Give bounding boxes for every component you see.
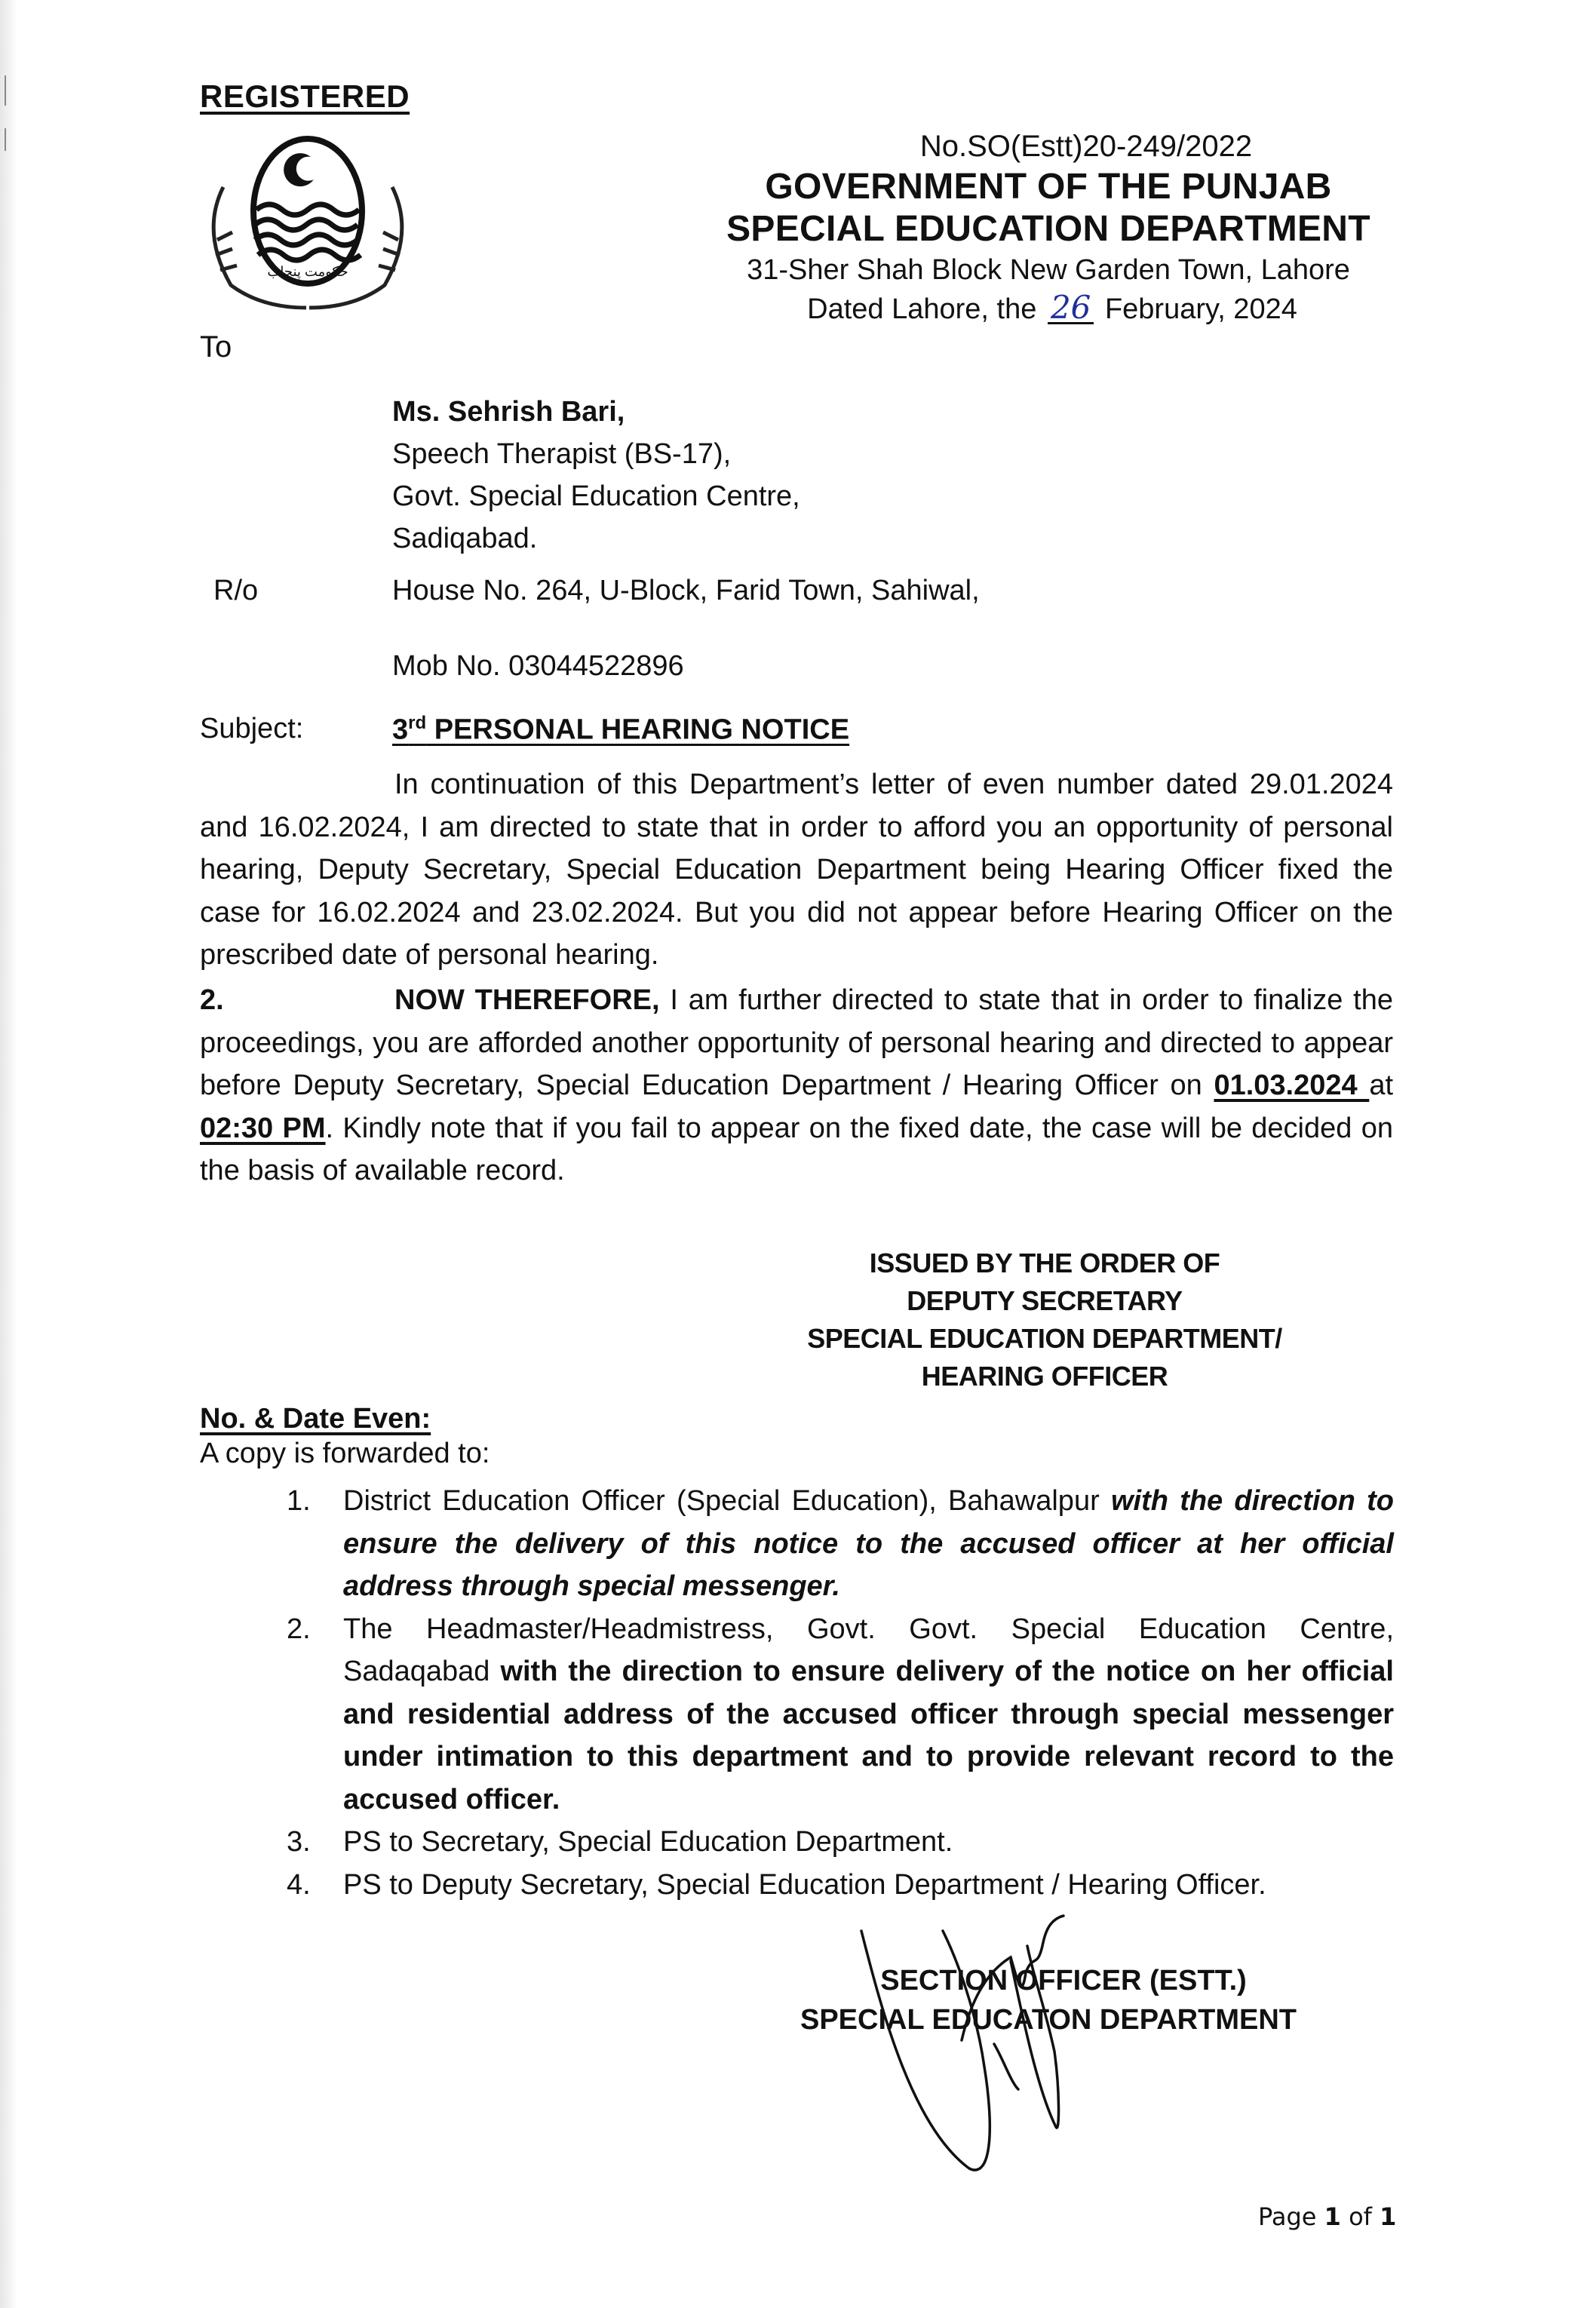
addressee-block: Ms. Sehrish Bari, Speech Therapist (BS-1… [392,391,800,560]
list-plain: PS to Deputy Secretary, Special Educatio… [343,1869,1266,1901]
page-total: 1 [1380,2202,1396,2231]
addressee-designation: Speech Therapist (BS-17), [392,433,800,475]
hearing-time: 02:30 PM [200,1113,326,1144]
registered-label: REGISTERED [200,78,410,115]
paragraph-2: 2.NOW THEREFORE, I am further directed t… [200,979,1393,1192]
subject-ordinal-suffix: rd [408,713,426,733]
page-prefix: Page [1258,2202,1324,2231]
svg-text:★: ★ [284,168,294,181]
page-number: Page 1 of 1 [1258,2202,1396,2231]
list-item: 4. PS to Deputy Secretary, Special Educa… [287,1864,1394,1907]
list-number: 3. [287,1821,343,1864]
addressee-office: Govt. Special Education Centre, [392,475,800,517]
signatory-department: SPECIAL EDUCATON DEPARTMENT [754,2000,1343,2039]
department-address: 31-Sher Shah Block New Garden Town, Laho… [664,250,1433,290]
dated-prefix: Dated Lahore, the [807,293,1036,325]
department-title: SPECIAL EDUCATION DEPARTMENT [664,208,1433,250]
reference-number: No.SO(Estt)20-249/2022 [664,127,1433,166]
mobile-number: Mob No. 03044522896 [392,650,684,683]
paragraph-1: In continuation of this Department’s let… [200,763,1393,977]
at-word: at [1369,1070,1393,1101]
addressee-name: Ms. Sehrish Bari, [392,391,800,433]
list-plain: District Education Officer (Special Educ… [343,1485,1111,1517]
list-text: PS to Deputy Secretary, Special Educatio… [343,1864,1394,1907]
handwritten-day: 26 [1048,293,1094,324]
list-item: 3. PS to Secretary, Special Education De… [287,1821,1394,1864]
copy-list: 1. District Education Officer (Special E… [287,1480,1394,1906]
svg-text:حکومت پنجاب: حکومت پنجاب [267,264,348,280]
addressee-city: Sadiqabad. [392,517,800,560]
list-plain: PS to Secretary, Special Education Depar… [343,1826,953,1858]
list-number: 2. [287,1608,343,1822]
list-text: District Education Officer (Special Educ… [343,1480,1394,1608]
list-text: The Headmaster/Headmistress, Govt. Govt.… [343,1608,1394,1822]
list-number: 1. [287,1480,343,1608]
subject-ordinal: 3 [392,714,408,746]
copy-forwarded-label: A copy is forwarded to: [200,1438,490,1470]
list-emphasis: with the direction to ensure delivery of… [343,1656,1394,1815]
to-label: To [200,330,232,364]
paragraph-text-end: . Kindly note that if you fail to appear… [200,1113,1393,1187]
signatory-block: SECTION OFFICER (ESTT.) SPECIAL EDUCATON… [754,1961,1343,2039]
dated-suffix: February, 2024 [1105,293,1297,325]
subject-title: 3rd PERSONAL HEARING NOTICE [392,713,849,747]
list-number: 4. [287,1864,343,1907]
paragraph-number: 2. [200,979,394,1022]
issued-by-block: ISSUED BY THE ORDER OF DEPUTY SECRETARY … [754,1245,1335,1395]
issued-by-line: ISSUED BY THE ORDER OF [754,1245,1335,1282]
page-current: 1 [1324,2202,1341,2231]
letterhead: No.SO(Estt)20-249/2022 GOVERNMENT OF THE… [664,127,1433,329]
residence-label: R/o [213,575,258,607]
page-of: of [1341,2202,1380,2231]
list-item: 1. District Education Officer (Special E… [287,1480,1394,1608]
subject-text: PERSONAL HEARING NOTICE [426,714,849,746]
residence-address: House No. 264, U-Block, Farid Town, Sahi… [392,575,980,607]
list-item: 2. The Headmaster/Headmistress, Govt. Go… [287,1608,1394,1822]
signatory-title: SECTION OFFICER (ESTT.) [754,1961,1343,2000]
issued-by-line: DEPUTY SECRETARY [754,1282,1335,1320]
government-title: GOVERNMENT OF THE PUNJAB [664,166,1433,208]
issued-by-line: SPECIAL EDUCATION DEPARTMENT/ [754,1320,1335,1358]
no-date-even-heading: No. & Date Even: [200,1403,431,1435]
hearing-date: 01.03.2024 [1214,1070,1369,1101]
punjab-government-emblem-icon: ★ حکومت پنجاب [187,127,428,315]
signature-icon [830,1901,1222,2202]
issued-by-line: HEARING OFFICER [754,1358,1335,1395]
subject-label: Subject: [200,713,303,745]
dated-line: Dated Lahore, the 26 February, 2024 [664,290,1433,329]
paragraph-lead: NOW THEREFORE, [394,984,660,1016]
scan-edge-artifact [0,0,17,2308]
list-text: PS to Secretary, Special Education Depar… [343,1821,1394,1864]
